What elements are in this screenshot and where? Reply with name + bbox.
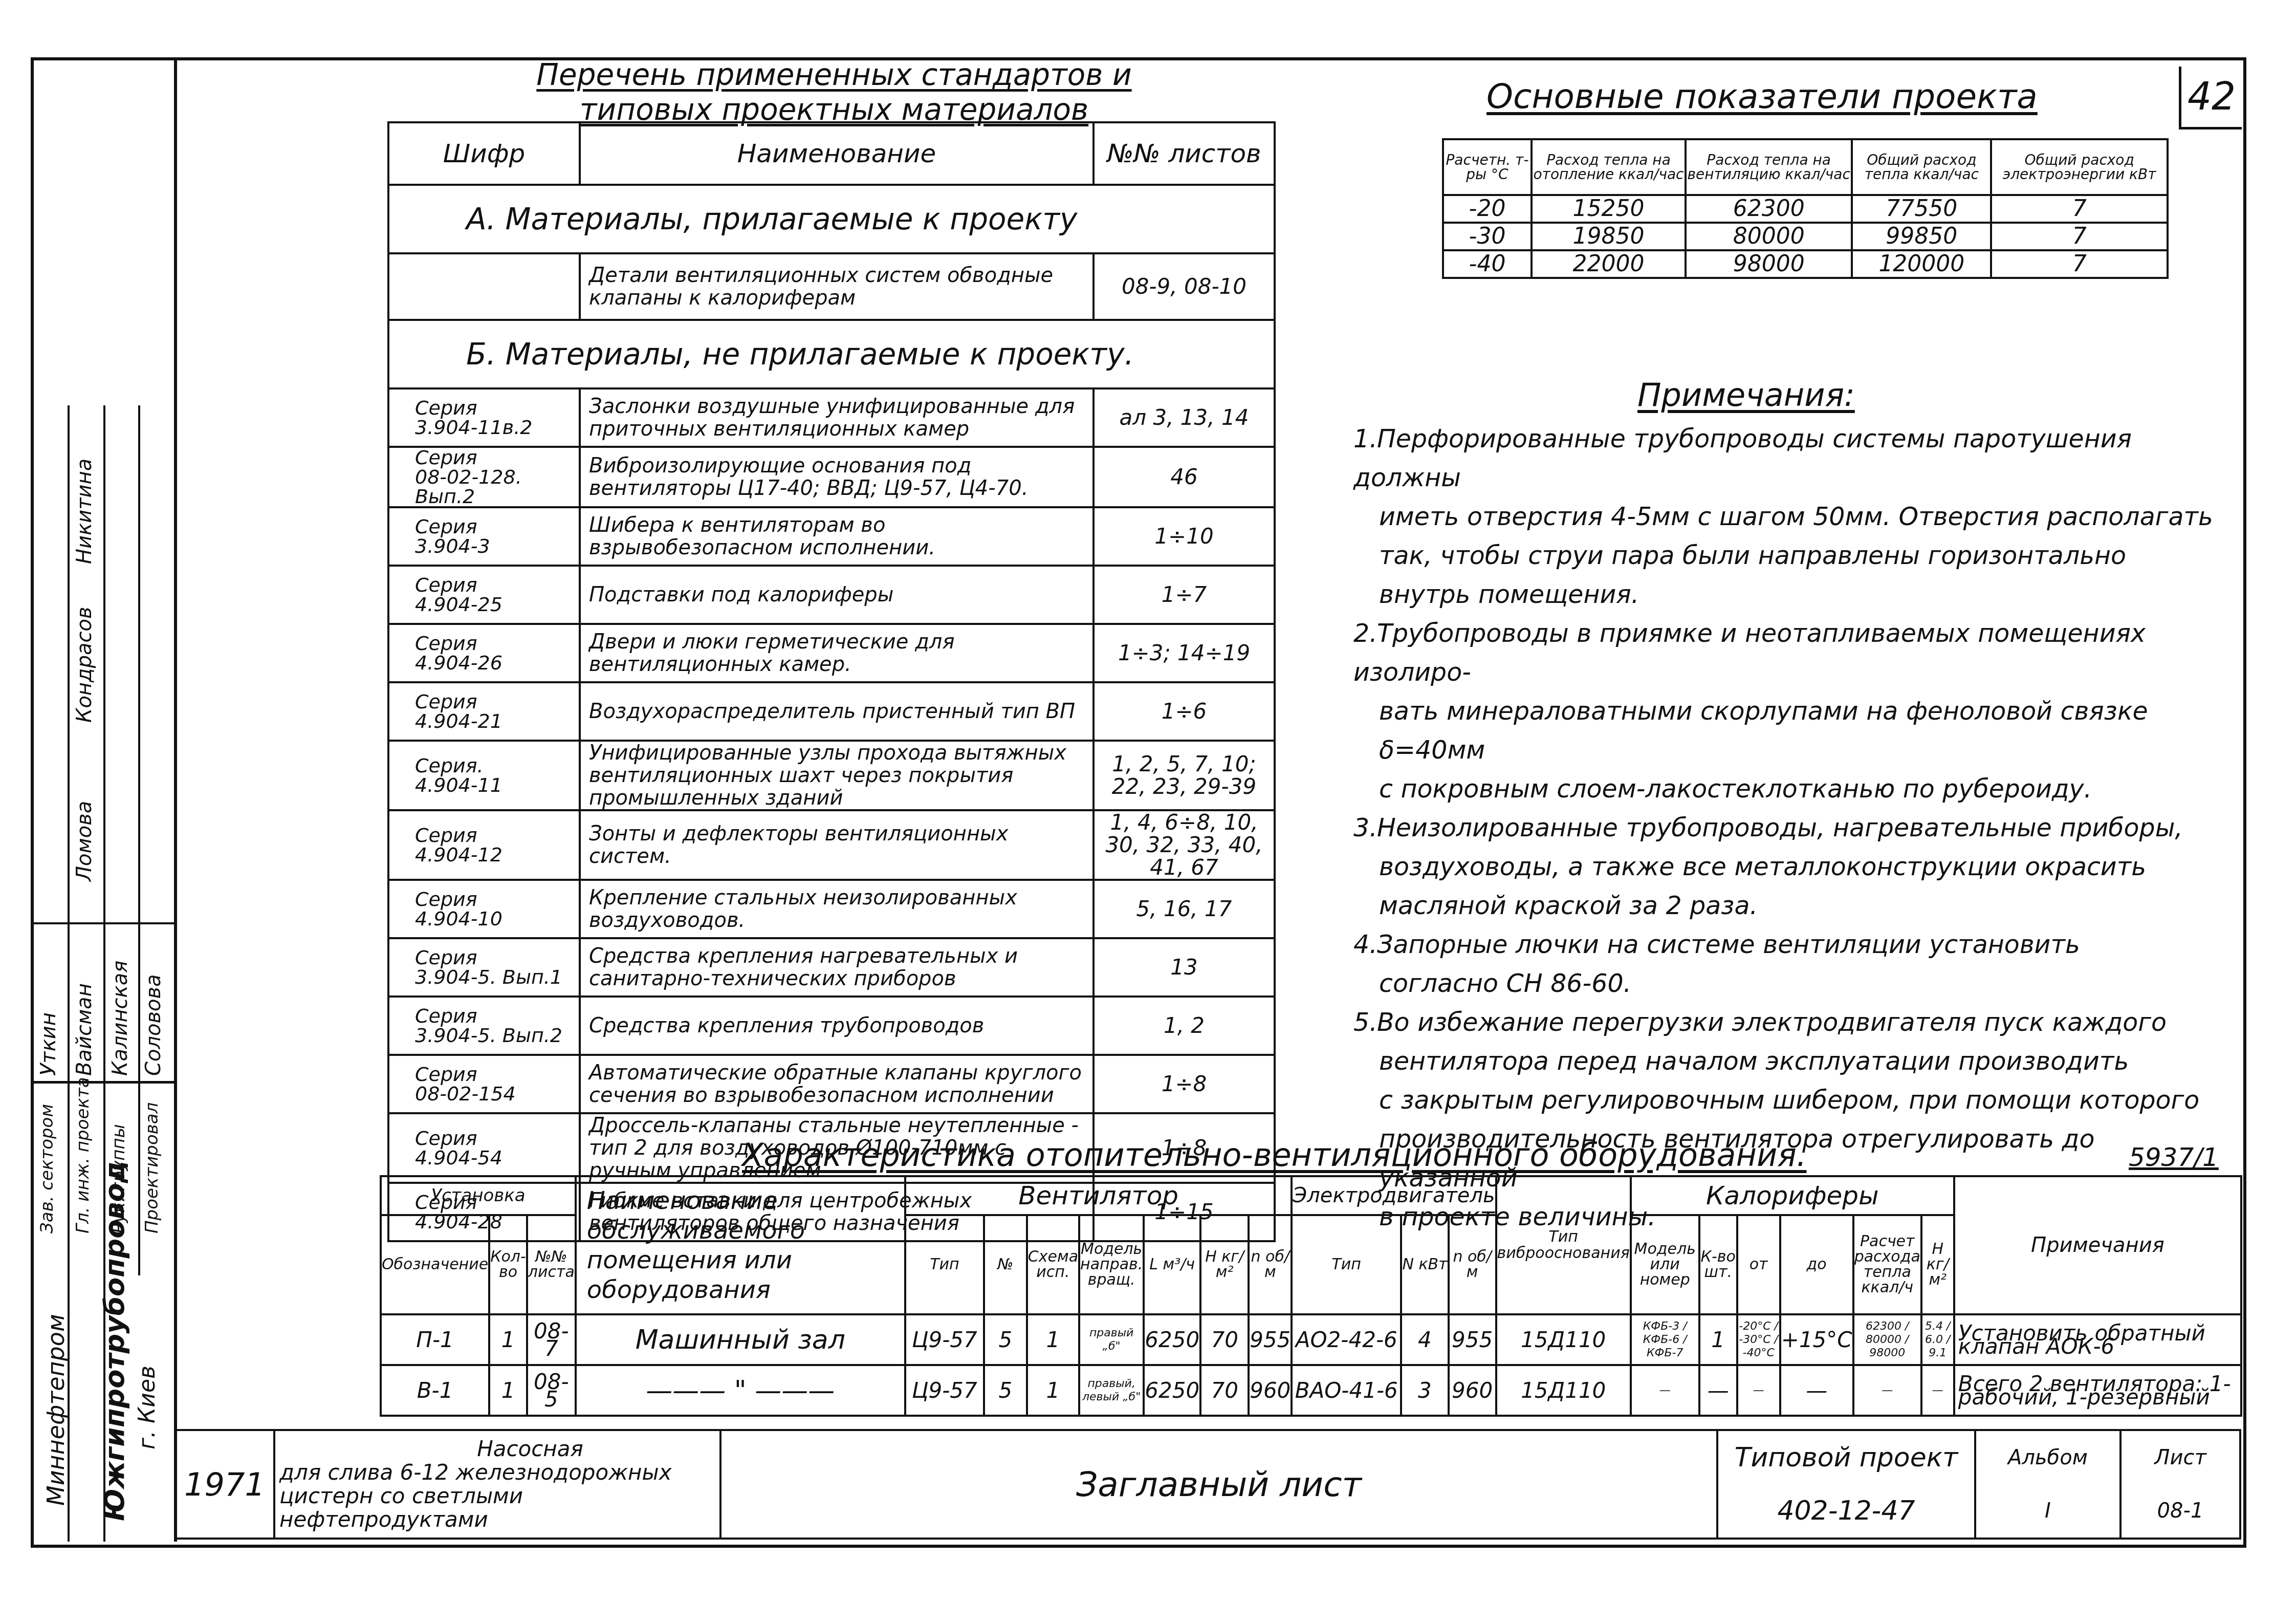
materials-table: Шифр Наименование №№ листов А. Материалы…	[387, 121, 1276, 1242]
series-code: 3.904-5. Вып.2	[389, 1026, 579, 1045]
cell-h-temp-from: -20°С / -30°С / -40°С	[1737, 1314, 1780, 1365]
materials-title: Перечень примененных стандартов и типовы…	[501, 57, 1167, 127]
note-line: воздуховоды, а также все металлоконструк…	[1353, 848, 2234, 886]
section-a-heading: А. Материалы, прилагаемые к проекту	[388, 185, 1275, 253]
grp-room: Наименование обслуживаемого помещения ил…	[576, 1176, 905, 1314]
stamp-role-4: Зав. сектором	[37, 1085, 57, 1233]
stamp-signoff-3: Ломова	[73, 748, 96, 881]
col-sheets: №№ листов	[1094, 122, 1275, 185]
sheet-label: Лист	[2120, 1430, 2240, 1484]
indicator-header: Расход тепла на отопление ккал/час	[1532, 139, 1686, 195]
cell-fan-no: 5	[984, 1365, 1027, 1416]
table-row: В-1108-5——— " ———Ц9-5751правый, левый „б…	[381, 1365, 2241, 1416]
cell-vib: 15Д110	[1496, 1365, 1631, 1416]
indicator-header: Расчетн. т-ры °С	[1443, 139, 1532, 195]
series-code: 08-02-154	[389, 1084, 579, 1103]
table-row: Серия3.904-11в.2Заслонки воздушные унифи…	[388, 388, 1275, 447]
cell-h-H: 5.4 / 6.0 / 9.1	[1921, 1314, 1954, 1365]
grp-vib: Тип виброоснования	[1496, 1176, 1631, 1314]
cell-fan-L: 6250	[1144, 1314, 1200, 1365]
sh-motor-type: Тип	[1292, 1215, 1401, 1314]
stamp-role-3: Гл. инж. проекта	[73, 1085, 93, 1233]
cell-fan-n: 955	[1249, 1314, 1292, 1365]
series-code: 4.904-25	[389, 595, 579, 614]
note-line: внутрь помещения.	[1353, 575, 2234, 614]
col-code: Шифр	[388, 122, 580, 185]
indicator-cell: 120000	[1852, 250, 1991, 278]
table-row: Серия08-02-128. Вып.2Виброизолирующие ос…	[388, 447, 1275, 507]
sh-h-h: H кг/м²	[1921, 1215, 1954, 1314]
row-code: Серия4.904-21	[388, 682, 580, 741]
row-sheets: 46	[1094, 447, 1275, 507]
row-sheets: 1÷8	[1094, 1055, 1275, 1113]
series-code: 4.904-54	[389, 1148, 579, 1167]
series-label: Серия	[389, 448, 579, 467]
indicators-title: Основные показатели проекта	[1486, 77, 2038, 116]
title-block: 1971 Насосная для слива 6-12 железнодоро…	[174, 1429, 2241, 1540]
indicator-cell: 7	[1991, 250, 2168, 278]
sh-fan-l: L м³/ч	[1144, 1215, 1200, 1314]
row-code: Серия.4.904-11	[388, 741, 580, 810]
row-name: Шибера к вентиляторам во взрывобезопасно…	[580, 507, 1094, 566]
stamp-city: г. Киев	[134, 1347, 160, 1449]
cell-fan-L: 6250	[1144, 1365, 1200, 1416]
sh-sheet: №№ листа	[527, 1215, 576, 1314]
cell-designation: В-1	[381, 1365, 489, 1416]
note-item: 4.Запорные лючки на системе вентиляции у…	[1353, 925, 2234, 1003]
note-line: 3.Неизолированные трубопроводы, нагреват…	[1353, 809, 2234, 848]
table-row: Серия4.904-10Крепление стальных неизолир…	[388, 880, 1275, 938]
cell-h-temp-to: +15°С	[1780, 1314, 1853, 1365]
table-row: Серия4.904-25Подставки под калориферы1÷7	[388, 566, 1275, 624]
cell-room: Машинный зал	[576, 1314, 905, 1365]
row-code: Серия3.904-5. Вып.1	[388, 938, 580, 997]
series-label: Серия	[389, 1006, 579, 1026]
section-b-heading: Б. Материалы, не прилагаемые к проекту.	[388, 320, 1275, 388]
cell-qty: 1	[489, 1314, 527, 1365]
project-number: 402-12-47	[1717, 1484, 1975, 1539]
row-name: Унифицированные узлы прохода вытяжных ве…	[580, 741, 1094, 810]
cell-sheet: 08-5	[527, 1365, 576, 1416]
row-name: Заслонки воздушные унифицированные для п…	[580, 388, 1094, 447]
row-name: Воздухораспределитель пристенный тип ВП	[580, 682, 1094, 741]
cell-motor-type: АО2-42-6	[1292, 1314, 1401, 1365]
indicator-header: Общий расход тепла ккал/час	[1852, 139, 1991, 195]
row-name: Виброизолирующие основания под вентилято…	[580, 447, 1094, 507]
album-value: I	[1975, 1484, 2120, 1539]
series-code: 3.904-3	[389, 536, 579, 556]
cell-designation: П-1	[381, 1314, 489, 1365]
row-sheets: 1, 4, 6÷8, 10, 30, 32, 33, 40, 41, 67	[1094, 810, 1275, 880]
grp-fan: Вентилятор	[905, 1176, 1292, 1215]
row-name: Двери и люки герметические для вентиляци…	[580, 624, 1094, 682]
row-name: Крепление стальных неизолированных возду…	[580, 880, 1094, 938]
row-sheets: 1÷6	[1094, 682, 1275, 741]
grp-install: Установка	[381, 1176, 576, 1215]
indicator-cell: 98000	[1686, 250, 1852, 278]
page-number: 42	[2179, 67, 2242, 129]
cell-h-model: КФБ-3 / КФБ-6 / КФБ-7	[1631, 1314, 1699, 1365]
series-label: Серия	[389, 890, 579, 909]
cell-h-qty: —	[1699, 1365, 1737, 1416]
series-label: Серия	[389, 398, 579, 418]
equipment-code: 5937/1	[2129, 1142, 2219, 1172]
row-code: Серия4.904-25	[388, 566, 580, 624]
album-label: Альбом	[1975, 1430, 2120, 1484]
sh-designation: Обозначение	[381, 1215, 489, 1314]
indicator-cell: -30	[1443, 223, 1532, 250]
cell-fan-H: 70	[1200, 1365, 1249, 1416]
cell-qty: 1	[489, 1365, 527, 1416]
series-code: 4.904-10	[389, 909, 579, 928]
equipment-table: Установка Наименование обслуживаемого по…	[380, 1175, 2242, 1417]
indicator-cell: 7	[1991, 223, 2168, 250]
stamp-name-3: Вайсман	[73, 927, 96, 1076]
table-row: Серия4.904-21Воздухораспределитель прист…	[388, 682, 1275, 741]
row-code: Серия3.904-3	[388, 507, 580, 566]
row-code: Серия4.904-26	[388, 624, 580, 682]
binding-stamp: Соловова Калинская Вайсман Уткин Проекти…	[32, 57, 177, 1542]
table-row: Серия4.904-12Зонты и дефлекторы вентиляц…	[388, 810, 1275, 880]
cell-motor-n: 960	[1449, 1365, 1496, 1416]
note-line: вентилятора перед началом эксплуатации п…	[1353, 1042, 2234, 1081]
note-line: с покровным слоем-лакостеклотканью по ру…	[1353, 770, 2234, 809]
row-sheets: 1÷7	[1094, 566, 1275, 624]
note-item: 2.Трубопроводы в приямке и неотапливаемы…	[1353, 614, 2234, 809]
sh-fan-scheme: Схема исп.	[1027, 1215, 1079, 1314]
row-name: Зонты и дефлекторы вентиляционных систем…	[580, 810, 1094, 880]
cell-fan-scheme: 1	[1027, 1314, 1079, 1365]
cell-room: ——— " ———	[576, 1365, 905, 1416]
stamp-org-top: Миннефтепром	[42, 1311, 70, 1506]
note-line: вать минераловатными скорлупами на фенол…	[1353, 692, 2234, 770]
indicator-cell: 7	[1991, 195, 2168, 223]
stamp-role-1: Проектировал	[142, 1085, 162, 1233]
cell-motor-N: 4	[1401, 1314, 1449, 1365]
cell-fan-scheme: 1	[1027, 1365, 1079, 1416]
cell-fan-no: 5	[984, 1314, 1027, 1365]
cell-h-temp-from: —	[1737, 1365, 1780, 1416]
cell-fan-model: правый, левый „б"	[1079, 1365, 1144, 1416]
col-name: Наименование	[580, 122, 1094, 185]
table-row: Серия3.904-5. Вып.2Средства крепления тр…	[388, 997, 1275, 1055]
cell-h-temp-to: —	[1780, 1365, 1853, 1416]
table-row: П-1108-7Машинный залЦ9-5751правый „б"625…	[381, 1314, 2241, 1365]
note-number: 2.	[1353, 614, 1377, 653]
cell-note: Установить обратный клапан АОК-6	[1954, 1314, 2241, 1365]
sheet-value: 08-1	[2120, 1484, 2240, 1539]
sh-h-temp-from: от	[1737, 1215, 1780, 1314]
table-row: Серия.4.904-11Унифицированные узлы прохо…	[388, 741, 1275, 810]
series-label: Серия.	[389, 756, 579, 775]
stamp-name-1: Соловова	[142, 927, 165, 1076]
cell-motor-n: 955	[1449, 1314, 1496, 1365]
row-name: Детали вентиляционных систем обводные кл…	[580, 253, 1094, 320]
series-label: Серия	[389, 692, 579, 711]
cell-h-calc: 62300 / 80000 / 98000	[1853, 1314, 1921, 1365]
stamp-name-4: Уткин	[37, 927, 60, 1076]
indicator-cell: 77550	[1852, 195, 1991, 223]
cell-fan-model: правый „б"	[1079, 1314, 1144, 1365]
row-sheets: 13	[1094, 938, 1275, 997]
indicator-cell: -40	[1443, 250, 1532, 278]
sh-h-calc: Расчет расхода тепла ккал/ч	[1853, 1215, 1921, 1314]
series-code: 4.904-26	[389, 653, 579, 673]
grp-note: Примечания	[1954, 1176, 2241, 1314]
year: 1971	[175, 1430, 274, 1539]
sh-fan-n: n об/м	[1249, 1215, 1292, 1314]
cell-h-model: —	[1631, 1365, 1699, 1416]
indicator-header: Общий расход электроэнергии кВт	[1991, 139, 2168, 195]
indicator-cell: 80000	[1686, 223, 1852, 250]
note-line: масляной краской за 2 раза.	[1353, 886, 2234, 925]
table-row: -4022000980001200007	[1443, 250, 2168, 278]
sh-h-model: Модель или номер	[1631, 1215, 1699, 1314]
table-row: Серия3.904-3Шибера к вентиляторам во взр…	[388, 507, 1275, 566]
note-line: 1.Перфорированные трубопроводы системы п…	[1353, 420, 2234, 497]
project-label: Типовой проект	[1717, 1430, 1975, 1484]
row-sheets: 1÷3; 14÷19	[1094, 624, 1275, 682]
series-code: 3.904-5. Вып.1	[389, 967, 579, 987]
stamp-name-2: Калинская	[108, 927, 132, 1076]
indicator-header: Расход тепла на вентиляцию ккал/час	[1686, 139, 1852, 195]
row-code: Серия4.904-54	[388, 1113, 580, 1183]
series-label: Серия	[389, 1065, 579, 1084]
object-name: Насосная для слива 6-12 железнодорожных …	[274, 1430, 720, 1539]
cell-fan-n: 960	[1249, 1365, 1292, 1416]
row-sheets: 1÷10	[1094, 507, 1275, 566]
row-sheets: 1, 2, 5, 7, 10; 22, 23, 29-39	[1094, 741, 1275, 810]
cell-fan-H: 70	[1200, 1314, 1249, 1365]
notes-list: 1.Перфорированные трубопроводы системы п…	[1353, 420, 2234, 1237]
note-line: 2.Трубопроводы в приямке и неотапливаемы…	[1353, 614, 2234, 692]
row-name: Средства крепления трубопроводов	[580, 997, 1094, 1055]
note-number: 1.	[1353, 420, 1377, 459]
series-code: 4.904-11	[389, 775, 579, 795]
note-line: иметь отверстия 4-5мм с шагом 50мм. Отве…	[1353, 497, 2234, 536]
cell-fan-type: Ц9-57	[905, 1365, 984, 1416]
row-name: Средства крепления нагревательных и сани…	[580, 938, 1094, 997]
series-code: 3.904-11в.2	[389, 418, 579, 437]
table-row: Серия3.904-5. Вып.1Средства крепления на…	[388, 938, 1275, 997]
sh-h-temp-to: до	[1780, 1215, 1853, 1314]
stamp-signoff-1: Никитина	[73, 431, 96, 564]
row-sheets: 08-9, 08-10	[1094, 253, 1275, 320]
table-row: Серия4.904-26Двери и люки герметические …	[388, 624, 1275, 682]
indicator-cell: 19850	[1532, 223, 1686, 250]
indicator-cell: -20	[1443, 195, 1532, 223]
row-sheets: 1, 2	[1094, 997, 1275, 1055]
cell-h-H: —	[1921, 1365, 1954, 1416]
row-code: Серия3.904-11в.2	[388, 388, 580, 447]
row-code: Серия08-02-128. Вып.2	[388, 447, 580, 507]
row-code: Серия3.904-5. Вып.2	[388, 997, 580, 1055]
series-code: 08-02-128. Вып.2	[389, 467, 579, 506]
cell-vib: 15Д110	[1496, 1314, 1631, 1365]
series-label: Серия	[389, 1129, 579, 1148]
indicator-cell: 62300	[1686, 195, 1852, 223]
equipment-title: Характеристика отопительно-вентиляционно…	[742, 1136, 1806, 1174]
note-item: 1.Перфорированные трубопроводы системы п…	[1353, 420, 2234, 614]
series-label: Серия	[389, 826, 579, 845]
series-label: Серия	[389, 634, 579, 653]
note-number: 4.	[1353, 925, 1377, 964]
sh-fan-model: Модель направ. вращ.	[1079, 1215, 1144, 1314]
sh-fan-h: H кг/м²	[1200, 1215, 1249, 1314]
sh-motor-rpm: n об/м	[1449, 1215, 1496, 1314]
cell-note: Всего 2 вентилятора: 1-рабочий, 1-резерв…	[1954, 1365, 2241, 1416]
series-code: 4.904-12	[389, 845, 579, 864]
note-line: с закрытым регулировочным шибером, при п…	[1353, 1081, 2234, 1120]
row-code: Серия4.904-10	[388, 880, 580, 938]
cell-h-calc: —	[1853, 1365, 1921, 1416]
section-b-rows: Серия3.904-11в.2Заслонки воздушные унифи…	[388, 388, 1275, 1241]
table-row: -301985080000998507	[1443, 223, 2168, 250]
cell-fan-type: Ц9-57	[905, 1314, 984, 1365]
table-row: -201525062300775507	[1443, 195, 2168, 223]
cell-motor-N: 3	[1401, 1365, 1449, 1416]
sh-motor-n: N кВт	[1401, 1215, 1449, 1314]
note-line: так, чтобы струи пара были направлены го…	[1353, 536, 2234, 575]
row-code: Серия4.904-12	[388, 810, 580, 880]
notes-title: Примечания:	[1637, 376, 1855, 414]
indicator-cell: 99850	[1852, 223, 1991, 250]
indicators-table: Расчетн. т-ры °СРасход тепла на отоплени…	[1442, 138, 2169, 279]
grp-heaters: Калориферы	[1631, 1176, 1954, 1215]
cell-motor-type: ВАО-41-6	[1292, 1365, 1401, 1416]
stamp-org: Южгипротрубопровод	[98, 1255, 130, 1521]
table-row: Серия08-02-154Автоматические обратные кл…	[388, 1055, 1275, 1113]
note-item: 3.Неизолированные трубопроводы, нагреват…	[1353, 809, 2234, 925]
row-name: Автоматические обратные клапаны круглого…	[580, 1055, 1094, 1113]
row-code: Серия08-02-154	[388, 1055, 580, 1113]
row-sheets: ал 3, 13, 14	[1094, 388, 1275, 447]
stamp-signoff-2: Кондрасов	[73, 590, 96, 723]
series-code: 4.904-21	[389, 711, 579, 731]
note-line: 5.Во избежание перегрузки электродвигате…	[1353, 1003, 2234, 1042]
note-number: 3.	[1353, 809, 1377, 848]
cell-sheet: 08-7	[527, 1314, 576, 1365]
row-sheets: 5, 16, 17	[1094, 880, 1275, 938]
indicator-cell: 22000	[1532, 250, 1686, 278]
cell-h-qty: 1	[1699, 1314, 1737, 1365]
sh-qty: Кол-во	[489, 1215, 527, 1314]
series-label: Серия	[389, 575, 579, 595]
sh-fan-type: Тип	[905, 1215, 984, 1314]
sh-h-qty: К-во шт.	[1699, 1215, 1737, 1314]
note-line: 4.Запорные лючки на системе вентиляции у…	[1353, 925, 2234, 964]
grp-motor: Электродвигатель	[1292, 1176, 1496, 1215]
sheet-title: Заглавный лист	[720, 1430, 1717, 1539]
note-line: согласно СН 86-60.	[1353, 964, 2234, 1003]
series-label: Серия	[389, 948, 579, 967]
note-number: 5.	[1353, 1003, 1377, 1042]
row-name: Подставки под калориферы	[580, 566, 1094, 624]
indicator-cell: 15250	[1532, 195, 1686, 223]
sh-fan-no: №	[984, 1215, 1027, 1314]
row-code	[388, 253, 580, 320]
series-label: Серия	[389, 517, 579, 536]
